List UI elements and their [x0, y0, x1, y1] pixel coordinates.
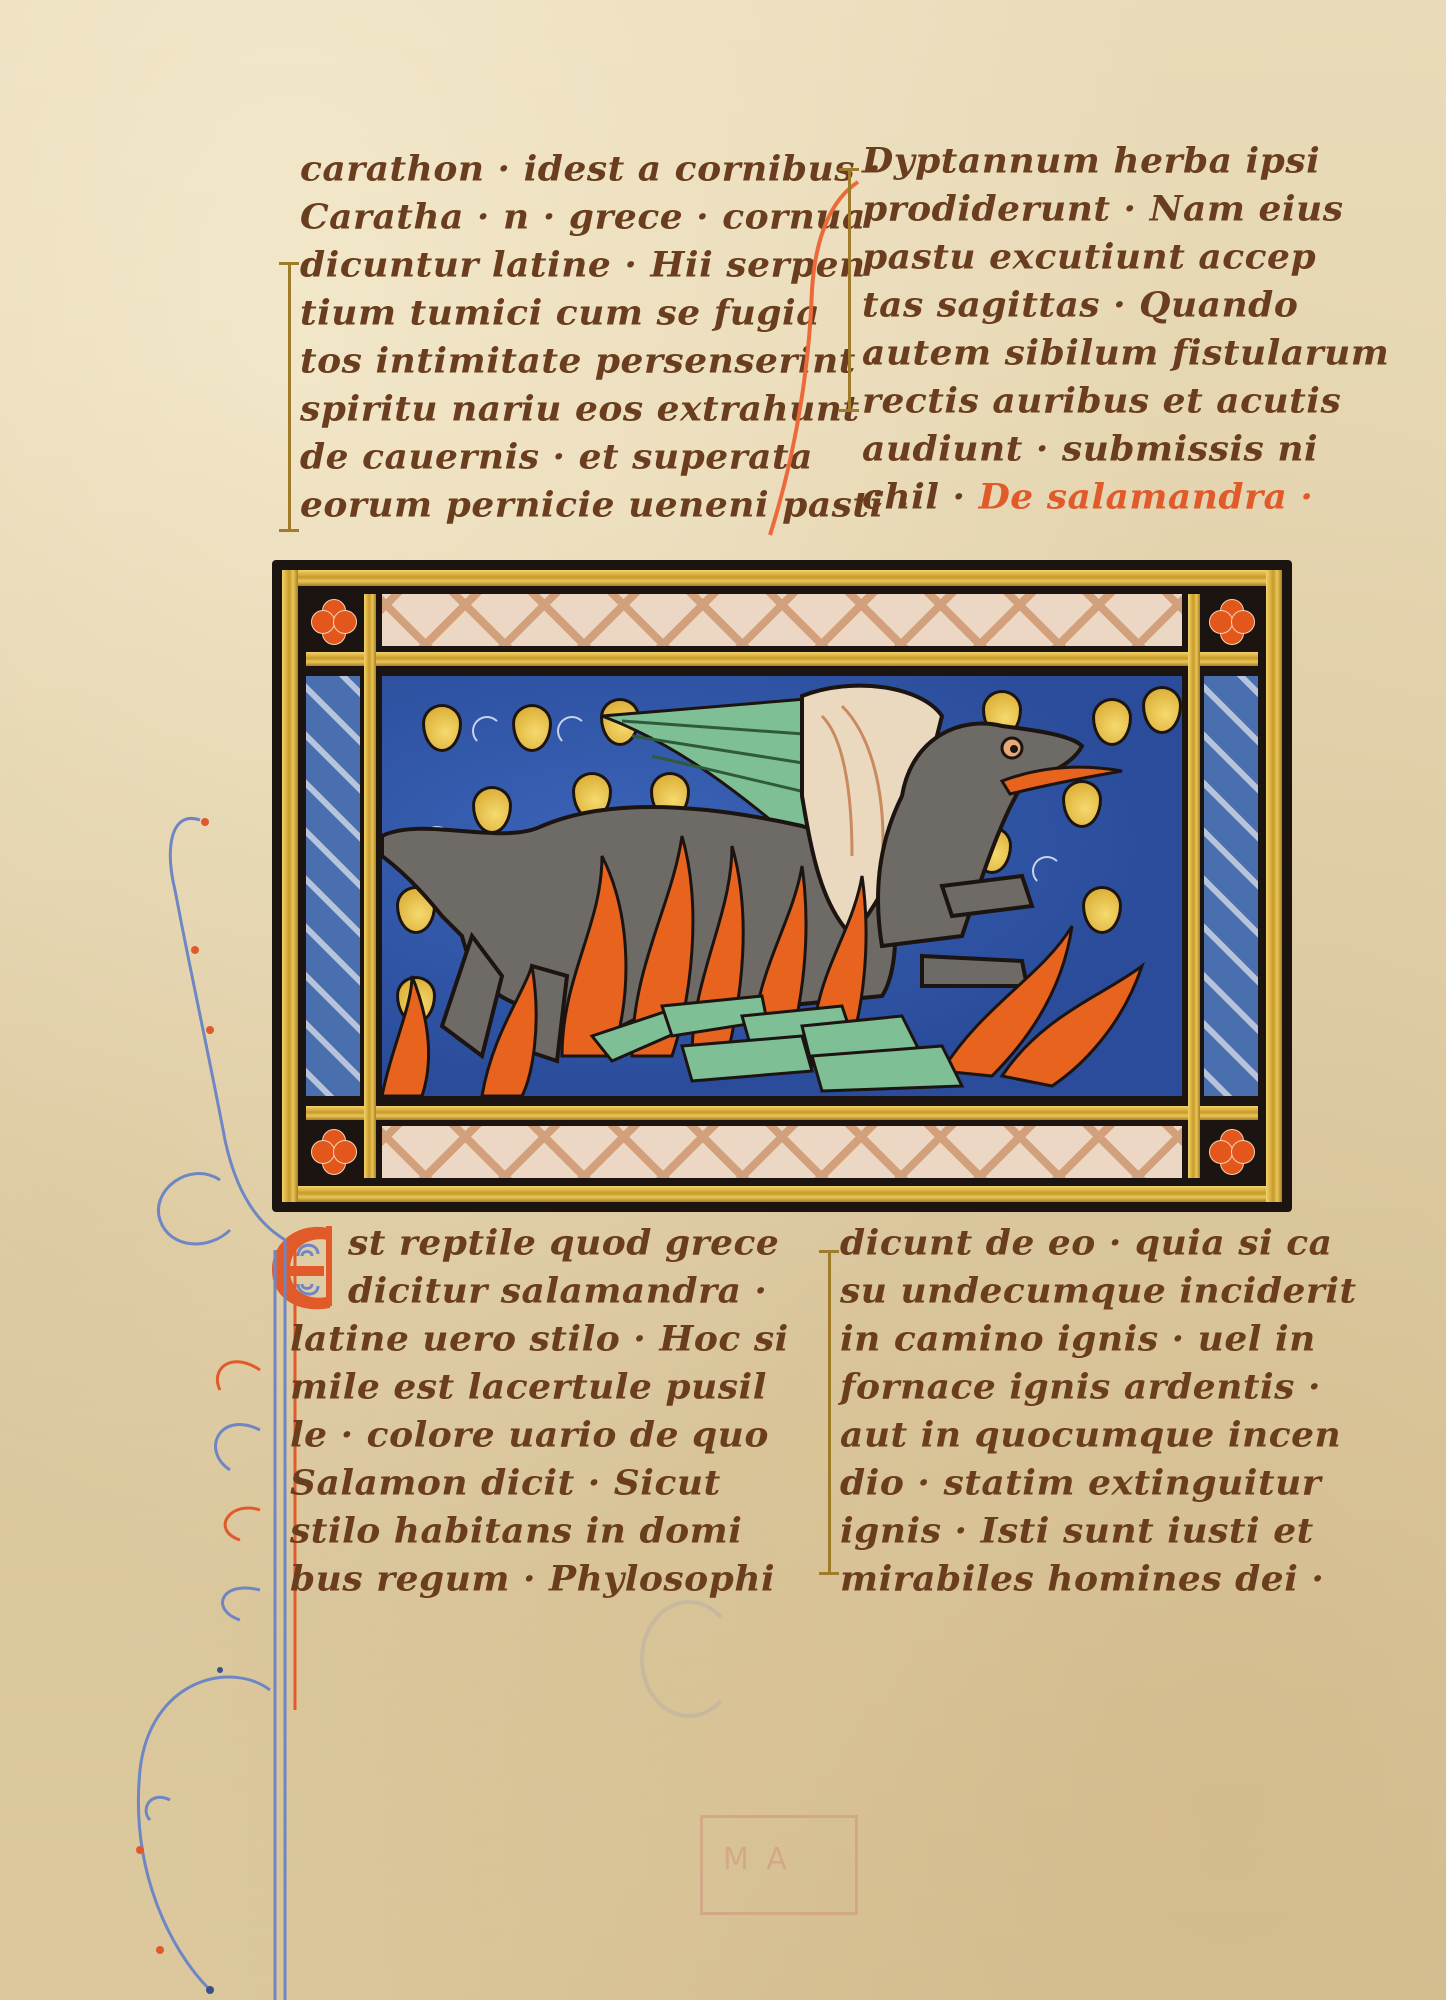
text-line: in camino ignis · uel in — [840, 1319, 1316, 1359]
quatrefoil-icon — [1209, 1129, 1253, 1173]
text-line: prodiderunt · Nam eius — [862, 189, 1344, 229]
ruling-line-upper-right — [848, 168, 851, 412]
chevron-band-left — [306, 676, 360, 1096]
upper-left-column: carathon · idest a cornibus · Caratha · … — [300, 148, 800, 548]
text-line: Salamon dicit · Sicut — [290, 1463, 721, 1503]
line-text: audiunt · submissis ni — [862, 429, 1318, 469]
stamp-text: M A — [723, 1842, 791, 1877]
collection-stamp: M A — [700, 1815, 858, 1915]
gold-inner-rule-bottom — [306, 1106, 1258, 1120]
text-line: chil · De salamandra · — [862, 477, 1313, 517]
text-line: dicunt de eo · quia si ca — [840, 1223, 1333, 1263]
text-line: mile est lacertule pusil — [290, 1367, 767, 1407]
miniature-scene — [382, 676, 1182, 1096]
line-text: latine uero stilo · Hoc si — [290, 1319, 789, 1359]
line-text: fornace ignis ardentis · — [840, 1367, 1321, 1407]
quatrefoil-icon — [1209, 599, 1253, 643]
text-line: latine uero stilo · Hoc si — [290, 1319, 789, 1359]
text-line: mirabiles homines dei · — [840, 1559, 1324, 1599]
line-text: le · colore uario de quo — [290, 1415, 769, 1455]
line-text: ignis · Isti sunt iusti et — [840, 1511, 1314, 1551]
lower-right-column: dicunt de eo · quia si ca su undecumque … — [840, 1222, 1310, 1642]
ruling-line-lower-right — [828, 1250, 831, 1575]
text-line: audiunt · submissis ni — [862, 429, 1318, 469]
text-line: autem sibilum fistularum — [862, 333, 1389, 373]
text-line: su undecumque inciderit — [840, 1271, 1357, 1311]
line-text: dicitur salamandra · — [348, 1271, 767, 1311]
text-line: st reptile quod grece — [348, 1223, 779, 1263]
line-text: mirabiles homines dei · — [840, 1559, 1324, 1599]
line-text: autem sibilum fistularum — [862, 333, 1389, 373]
text-line: ignis · Isti sunt iusti et — [840, 1511, 1314, 1551]
line-text: stilo habitans in domi — [290, 1511, 742, 1551]
red-pen-stroke — [760, 180, 870, 540]
salamander-figure — [382, 676, 1182, 1096]
text-line: rectis auribus et acutis — [862, 381, 1341, 421]
line-text: dicunt de eo · quia si ca — [840, 1223, 1333, 1263]
text-line: aut in quocumque incen — [840, 1415, 1341, 1455]
quatrefoil-corner-top-right — [1202, 592, 1260, 650]
text-line: bus regum · Phylosophi — [290, 1559, 775, 1599]
line-text: Dyptannum herba ipsi — [862, 141, 1320, 181]
ruling-line-upper-left — [288, 262, 291, 532]
line-text: de cauernis · et superata — [300, 437, 813, 477]
chevron-band-bottom — [382, 1126, 1182, 1178]
quatrefoil-icon — [311, 599, 355, 643]
show-through-letter — [640, 1600, 738, 1718]
line-text: su undecumque inciderit — [840, 1271, 1357, 1311]
line-text: rectis auribus et acutis — [862, 381, 1341, 421]
quatrefoil-corner-bottom-right — [1202, 1122, 1260, 1180]
text-line: dicitur salamandra · — [348, 1271, 767, 1311]
text-line: dio · statim extinguitur — [840, 1463, 1321, 1503]
chevron-band-top — [382, 594, 1182, 646]
line-text: pastu excutiunt accep — [862, 237, 1316, 277]
line-text: dio · statim extinguitur — [840, 1463, 1321, 1503]
line-text: st reptile quod grece — [348, 1223, 779, 1263]
line-text: mile est lacertule pusil — [290, 1367, 767, 1407]
line-text: chil · — [862, 477, 966, 517]
text-line: de cauernis · et superata — [300, 437, 813, 477]
line-text: aut in quocumque incen — [840, 1415, 1341, 1455]
rubric-heading: De salamandra · — [979, 477, 1314, 517]
line-text: prodiderunt · Nam eius — [862, 189, 1344, 229]
lower-left-column-continued: latine uero stilo · Hoc si mile est lace… — [290, 1318, 790, 1648]
text-line: Dyptannum herba ipsi — [862, 141, 1320, 181]
text-line: stilo habitans in domi — [290, 1511, 742, 1551]
line-text: bus regum · Phylosophi — [290, 1559, 775, 1599]
quatrefoil-icon — [311, 1129, 355, 1173]
gold-frame-bottom — [282, 1186, 1282, 1202]
quatrefoil-corner-top-left — [304, 592, 362, 650]
line-text: in camino ignis · uel in — [840, 1319, 1316, 1359]
line-text: tas sagittas · Quando — [862, 285, 1298, 325]
gold-frame-right — [1266, 570, 1282, 1202]
salamander-miniature — [272, 560, 1292, 1212]
marginal-penwork-flourish — [110, 810, 310, 2000]
gold-inner-rule-left — [364, 594, 376, 1178]
gold-inner-rule-right — [1188, 594, 1200, 1178]
text-line: tas sagittas · Quando — [862, 285, 1298, 325]
text-line: le · colore uario de quo — [290, 1415, 769, 1455]
quatrefoil-corner-bottom-left — [304, 1122, 362, 1180]
text-line: fornace ignis ardentis · — [840, 1367, 1321, 1407]
line-text: Salamon dicit · Sicut — [290, 1463, 721, 1503]
chevron-band-right — [1204, 676, 1258, 1096]
gold-frame-top — [282, 570, 1282, 586]
gold-inner-rule-top — [306, 652, 1258, 666]
upper-right-column: Dyptannum herba ipsi prodiderunt · Nam e… — [862, 140, 1322, 550]
text-line: tium tumici cum se fugia — [300, 293, 820, 333]
text-line: pastu excutiunt accep — [862, 237, 1316, 277]
line-text: tium tumici cum se fugia — [300, 293, 820, 333]
